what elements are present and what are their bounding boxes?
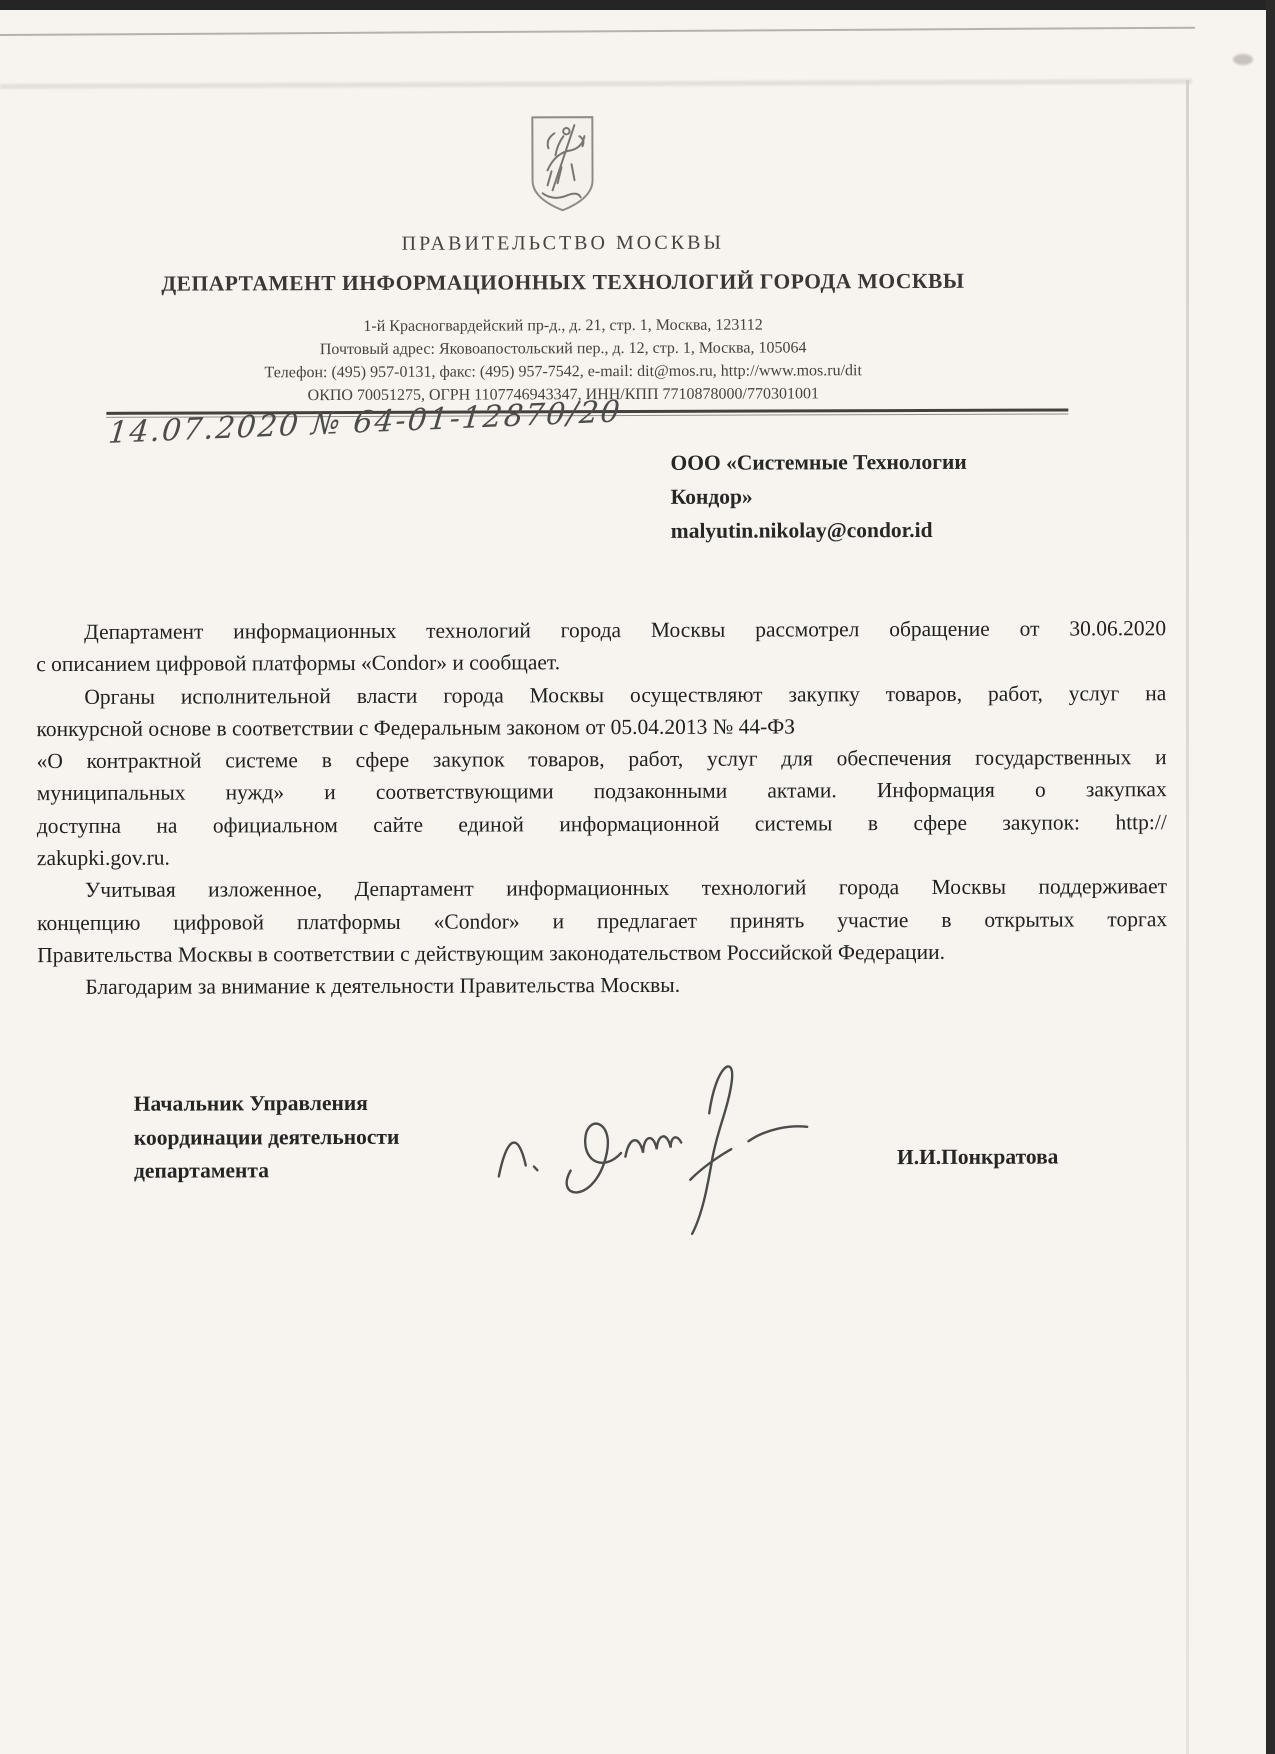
body-line: zakupki.gov.ru. <box>37 838 1167 874</box>
body-line: доступна на официальном сайте единой инф… <box>37 806 1167 842</box>
recipient-block: ООО «Системные Технологии Кондор» malyut… <box>670 444 1090 547</box>
body-line: муниципальных нужд» и соответствующими п… <box>37 774 1167 810</box>
recipient-name-line-1: ООО «Системные Технологии <box>670 444 1090 479</box>
body-line: Правительства Москвы в соответствии с де… <box>37 935 1167 971</box>
moscow-coat-of-arms-icon <box>527 114 597 214</box>
letter-body: Департамент информационных технологий го… <box>36 612 1167 1004</box>
body-line: Учитывая изложенное, Департамент информа… <box>37 871 1167 907</box>
body-line: концепцию цифровой платформы «Condor» и … <box>37 903 1167 939</box>
body-line: конкурсной основе в соответствии с Федер… <box>36 709 1166 745</box>
recipient-email: malyutin.nikolay@condor.id <box>671 512 1091 547</box>
letter-content: ПРАВИТЕЛЬСТВО МОСКВЫ ДЕПАРТАМЕНТ ИНФОРМА… <box>0 10 1266 1754</box>
letter-page: ПРАВИТЕЛЬСТВО МОСКВЫ ДЕПАРТАМЕНТ ИНФОРМА… <box>0 10 1266 1754</box>
handwritten-signature-icon <box>469 1039 870 1260</box>
body-line: «О контрактной системе в сфере закупок т… <box>37 741 1167 777</box>
body-line: с описанием цифровой платформы «Condor» … <box>36 644 1166 680</box>
letterhead-address: 1-й Красногвардейский пр-д., д. 21, стр.… <box>0 312 1128 408</box>
body-line: Органы исполнительной власти города Моск… <box>36 677 1166 713</box>
government-title: ПРАВИТЕЛЬСТВО МОСКВЫ <box>0 230 1128 257</box>
body-line: Благодарим за внимание к деятельности Пр… <box>37 967 1167 1003</box>
body-line: Департамент информационных технологий го… <box>36 612 1166 648</box>
signer-name: И.И.Понкратова <box>897 1145 1059 1171</box>
letterhead: ПРАВИТЕЛЬСТВО МОСКВЫ ДЕПАРТАМЕНТ ИНФОРМА… <box>0 112 1128 408</box>
department-title: ДЕПАРТАМЕНТ ИНФОРМАЦИОННЫХ ТЕХНОЛОГИЙ ГО… <box>0 268 1128 297</box>
scanner-right-edge <box>1266 0 1275 1754</box>
recipient-name-line-2: Кондор» <box>671 478 1091 513</box>
scanner-top-edge <box>0 0 1275 10</box>
